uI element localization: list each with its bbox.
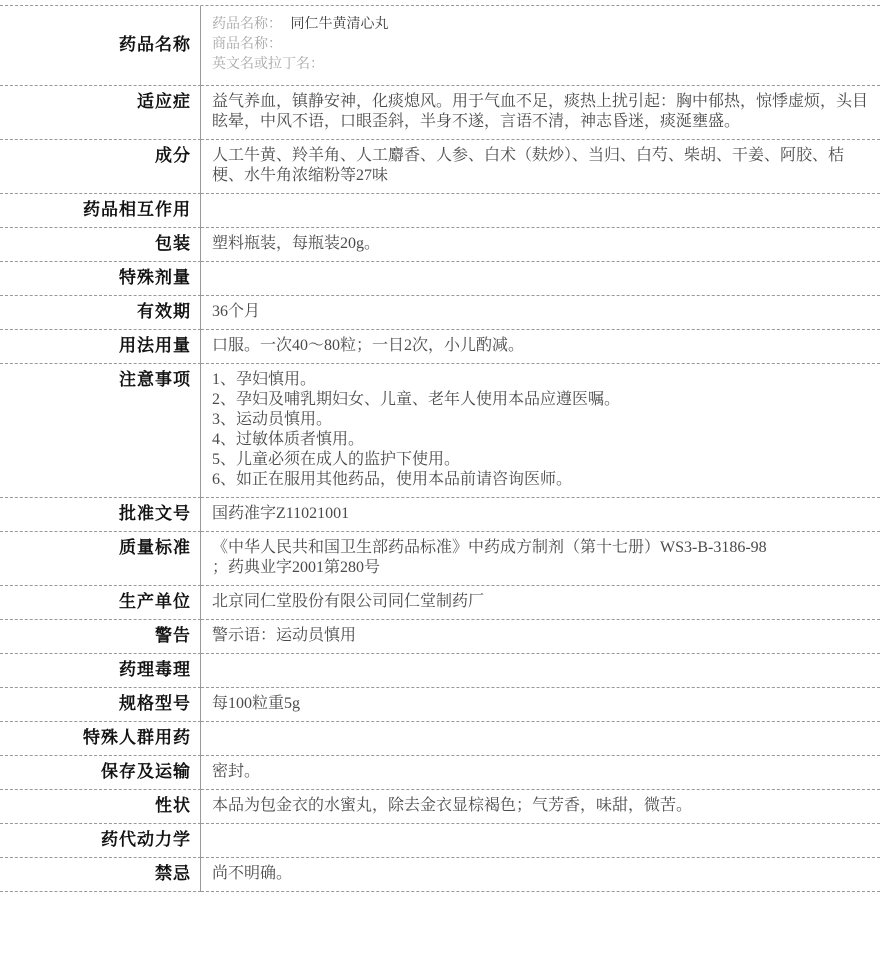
row-label: 适应症 xyxy=(0,86,201,140)
row-content xyxy=(201,824,880,858)
row-content xyxy=(201,654,880,688)
row-content: 尚不明确。 xyxy=(201,858,880,892)
row-content: 36个月 xyxy=(201,296,880,330)
field-line-product-name: 药品名称： 同仁牛黄清心丸 xyxy=(212,15,870,35)
row-label: 药代动力学 xyxy=(0,824,201,858)
row-label: 成分 xyxy=(0,140,201,194)
row-content: 人工牛黄、羚羊角、人工麝香、人参、白术（麸炒）、当归、白芍、柴胡、干姜、阿胶、桔… xyxy=(201,140,880,194)
table-row-ingredients: 成分 人工牛黄、羚羊角、人工麝香、人参、白术（麸炒）、当归、白芍、柴胡、干姜、阿… xyxy=(0,140,880,194)
field-value-product-name: 同仁牛黄清心丸 xyxy=(291,17,389,32)
table-row-specification: 规格型号 每100粒重5g xyxy=(0,688,880,722)
table-row-precautions: 注意事项 1、孕妇慎用。 2、孕妇及哺乳期妇女、儿童、老年人使用本品应遵医嘱。 … xyxy=(0,364,880,498)
row-content: 1、孕妇慎用。 2、孕妇及哺乳期妇女、儿童、老年人使用本品应遵医嘱。 3、运动员… xyxy=(201,364,880,498)
row-label: 注意事项 xyxy=(0,364,201,498)
table-row-storage-transport: 保存及运输 密封。 xyxy=(0,756,880,790)
row-content xyxy=(201,194,880,228)
table-row-contraindications: 禁忌 尚不明确。 xyxy=(0,858,880,892)
table-row-packaging: 包装 塑料瓶装，每瓶装20g。 xyxy=(0,228,880,262)
table-row-pharmacology-toxicology: 药理毒理 xyxy=(0,654,880,688)
drug-info-table: 药品名称 药品名称： 同仁牛黄清心丸 商品名称： 英文名或拉丁名： 适应症 益气… xyxy=(0,5,880,892)
row-label: 性状 xyxy=(0,790,201,824)
row-content: 警示语：运动员慎用 xyxy=(201,620,880,654)
row-content: 口服。一次40～80粒；一日2次，小儿酌减。 xyxy=(201,330,880,364)
field-key-trade-name: 商品名称： xyxy=(212,37,282,52)
field-key-english-name: 英文名或拉丁名： xyxy=(212,57,324,72)
row-content: 北京同仁堂股份有限公司同仁堂制药厂 xyxy=(201,586,880,620)
table-row-shelf-life: 有效期 36个月 xyxy=(0,296,880,330)
row-label: 有效期 xyxy=(0,296,201,330)
row-label: 禁忌 xyxy=(0,858,201,892)
drug-info-page: 药品名称 药品名称： 同仁牛黄清心丸 商品名称： 英文名或拉丁名： 适应症 益气… xyxy=(0,0,880,980)
table-row-special-population: 特殊人群用药 xyxy=(0,722,880,756)
row-label: 质量标准 xyxy=(0,532,201,586)
table-row-properties: 性状 本品为包金衣的水蜜丸，除去金衣显棕褐色；气芳香，味甜，微苦。 xyxy=(0,790,880,824)
row-content xyxy=(201,722,880,756)
field-line-trade-name: 商品名称： xyxy=(212,35,870,55)
row-content: 国药准字Z11021001 xyxy=(201,498,880,532)
field-key-product-name: 药品名称： xyxy=(212,17,282,32)
row-label: 药理毒理 xyxy=(0,654,201,688)
row-content-drug-name: 药品名称： 同仁牛黄清心丸 商品名称： 英文名或拉丁名： xyxy=(201,6,880,86)
table-row-special-dosage: 特殊剂量 xyxy=(0,262,880,296)
row-label: 药品相互作用 xyxy=(0,194,201,228)
row-label: 用法用量 xyxy=(0,330,201,364)
row-content xyxy=(201,262,880,296)
row-label: 批准文号 xyxy=(0,498,201,532)
table-row-quality-standard: 质量标准 《中华人民共和国卫生部药品标准》中药成方制剂（第十七册）WS3-B-3… xyxy=(0,532,880,586)
table-row-manufacturer: 生产单位 北京同仁堂股份有限公司同仁堂制药厂 xyxy=(0,586,880,620)
row-label: 规格型号 xyxy=(0,688,201,722)
row-label: 特殊剂量 xyxy=(0,262,201,296)
row-content: 《中华人民共和国卫生部药品标准》中药成方制剂（第十七册）WS3-B-3186-9… xyxy=(201,532,880,586)
row-content: 每100粒重5g xyxy=(201,688,880,722)
field-line-english-name: 英文名或拉丁名： xyxy=(212,55,870,75)
row-label: 特殊人群用药 xyxy=(0,722,201,756)
row-content: 益气养血，镇静安神，化痰熄风。用于气血不足，痰热上扰引起：胸中郁热，惊悸虚烦，头… xyxy=(201,86,880,140)
table-row-drug-name: 药品名称 药品名称： 同仁牛黄清心丸 商品名称： 英文名或拉丁名： xyxy=(0,6,880,86)
row-content: 本品为包金衣的水蜜丸，除去金衣显棕褐色；气芳香，味甜，微苦。 xyxy=(201,790,880,824)
table-row-pharmacokinetics: 药代动力学 xyxy=(0,824,880,858)
row-label-drug-name: 药品名称 xyxy=(0,6,201,86)
row-content: 塑料瓶装，每瓶装20g。 xyxy=(201,228,880,262)
table-row-dosage-usage: 用法用量 口服。一次40～80粒；一日2次，小儿酌减。 xyxy=(0,330,880,364)
table-row-approval-number: 批准文号 国药准字Z11021001 xyxy=(0,498,880,532)
table-row-indications: 适应症 益气养血，镇静安神，化痰熄风。用于气血不足，痰热上扰引起：胸中郁热，惊悸… xyxy=(0,86,880,140)
row-label: 生产单位 xyxy=(0,586,201,620)
row-label: 保存及运输 xyxy=(0,756,201,790)
row-label: 警告 xyxy=(0,620,201,654)
row-content: 密封。 xyxy=(201,756,880,790)
table-row-drug-interactions: 药品相互作用 xyxy=(0,194,880,228)
row-label: 包装 xyxy=(0,228,201,262)
table-row-warning: 警告 警示语：运动员慎用 xyxy=(0,620,880,654)
